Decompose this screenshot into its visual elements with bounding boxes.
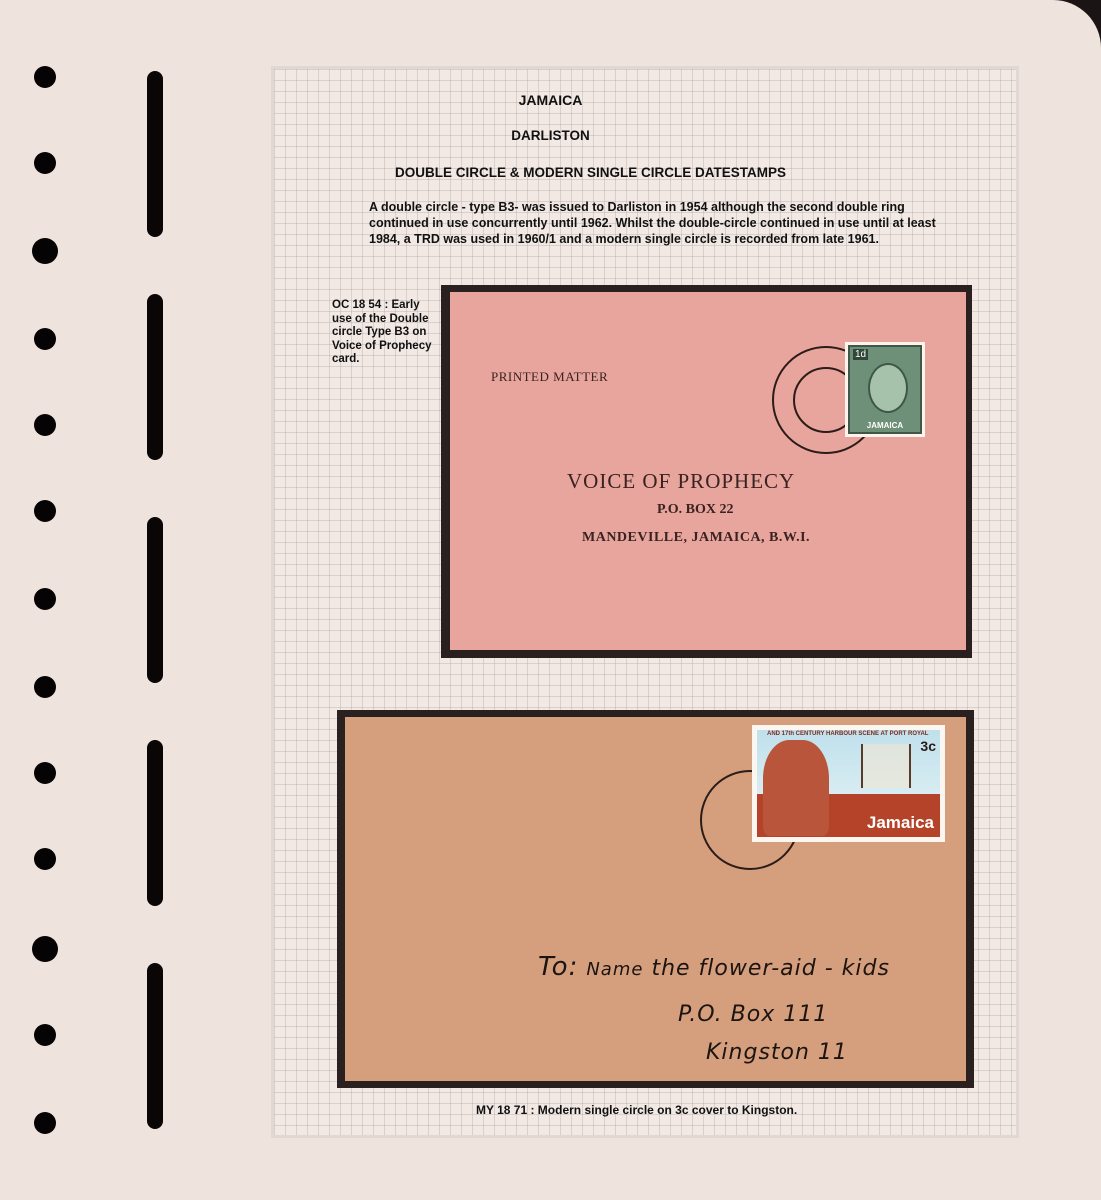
item1-stamp-country: JAMAICA <box>850 421 920 430</box>
binder-hole <box>34 414 56 436</box>
item2-address-line1: To: Name the flower-aid - kids <box>538 952 890 982</box>
binder-hole <box>34 762 56 784</box>
address-name: Name <box>586 959 643 980</box>
item1-caption: OC 18 54 : Early use of the Double circl… <box>332 299 442 367</box>
page-heading: DOUBLE CIRCLE & MODERN SINGLE CIRCLE DAT… <box>40 165 1101 180</box>
portrait-icon <box>763 740 829 836</box>
binder-slot <box>147 517 163 683</box>
item1-label: PRINTED MATTER <box>491 369 608 385</box>
binder-slot <box>147 294 163 460</box>
binder-hole <box>34 500 56 522</box>
item1-address-line2: MANDEVILLE, JAMAICA, B.W.I. <box>582 530 810 546</box>
item1-stamp: 1d JAMAICA <box>845 342 925 437</box>
item1-stamp-value: 1d <box>853 349 868 360</box>
binder-hole <box>34 588 56 610</box>
address-prefix: To: <box>538 952 578 982</box>
page-country: JAMAICA <box>0 92 1101 108</box>
item2-address-line2: P.O. Box 111 <box>678 1002 828 1027</box>
item1-addressee: VOICE OF PROPHECY <box>567 469 795 494</box>
item2-stamp-country: Jamaica <box>867 813 934 833</box>
king-portrait-icon <box>868 363 908 413</box>
intro-paragraph: A double circle - type B3- was issued to… <box>369 199 949 247</box>
address-rest: the flower-aid - kids <box>651 956 890 981</box>
binder-hole <box>34 676 56 698</box>
album-page: JAMAICA DARLISTON DOUBLE CIRCLE & MODERN… <box>0 0 1101 1200</box>
binder-hole <box>34 1112 56 1134</box>
binder-hole <box>34 328 56 350</box>
item2-stamp: AND 17th CENTURY HARBOUR SCENE AT PORT R… <box>752 725 945 842</box>
binder-hole <box>32 238 58 264</box>
binder-hole <box>34 1024 56 1046</box>
item1-address-line1: P.O. BOX 22 <box>657 502 734 518</box>
page-office: DARLISTON <box>0 128 1101 143</box>
item2-stamp-value: 3c <box>920 738 936 754</box>
ship-icon <box>861 744 911 788</box>
item2-caption: MY 18 71 : Modern single circle on 3c co… <box>476 1103 797 1117</box>
item2-address-line3: Kingston 11 <box>706 1040 848 1065</box>
item2-stamp-inscription: AND 17th CENTURY HARBOUR SCENE AT PORT R… <box>767 731 928 737</box>
binder-slot <box>147 963 163 1129</box>
binder-hole <box>34 848 56 870</box>
binder-slot <box>147 740 163 906</box>
binder-hole <box>34 66 56 88</box>
item1-caption-date: OC 18 54 <box>332 299 381 311</box>
binder-hole <box>32 936 58 962</box>
